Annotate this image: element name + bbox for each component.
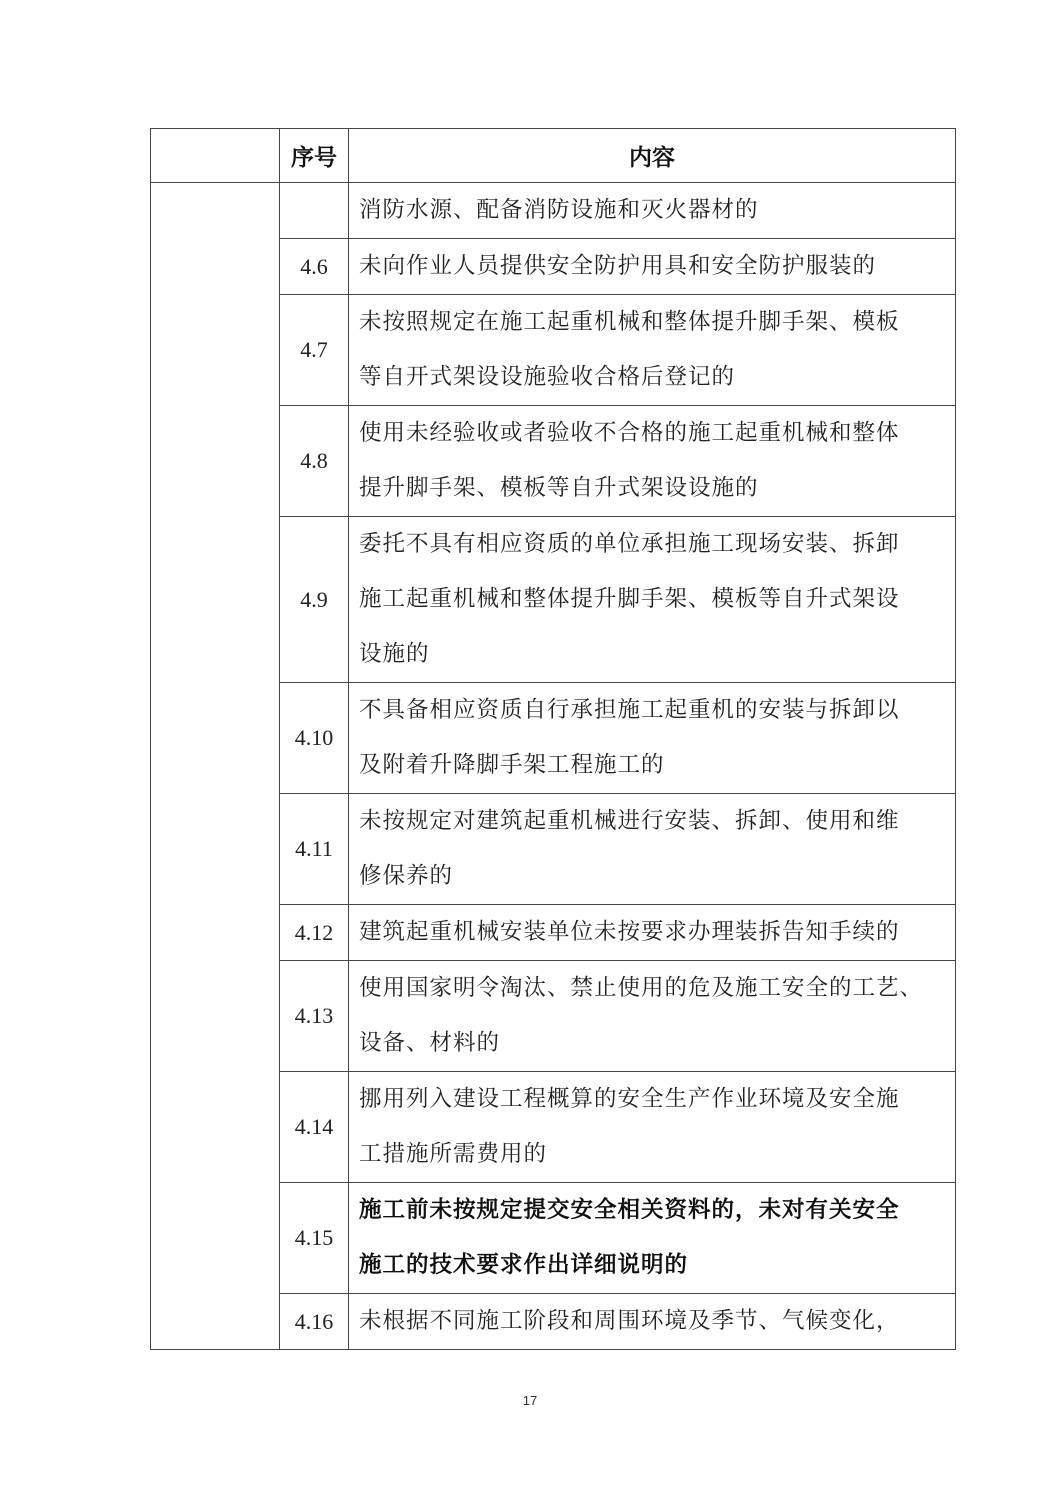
header-number: 序号 <box>280 129 349 183</box>
row-content: 未按照规定在施工起重机械和整体提升脚手架、模板 等自开式架设设施验收合格后登记的 <box>349 295 956 406</box>
row-number: 4.11 <box>280 794 349 905</box>
row-content-bold: 施工前未按规定提交安全相关资料的，未对有关安全 施工的技术要求作出详细说明的 <box>349 1183 956 1294</box>
violations-table: 序号 内容 消防水源、配备消防设施和灭火器材的 4.6 未向作业人员提供安全防护… <box>150 128 956 1350</box>
row-number: 4.6 <box>280 239 349 295</box>
row-content: 未向作业人员提供安全防护用具和安全防护服装的 <box>349 239 956 295</box>
table-header-row: 序号 内容 <box>151 129 956 183</box>
row-content: 消防水源、配备消防设施和灭火器材的 <box>349 183 956 239</box>
row-number: 4.10 <box>280 683 349 794</box>
row-content: 未根据不同施工阶段和周围环境及季节、气候变化， <box>349 1294 956 1350</box>
row-content: 建筑起重机械安装单位未按要求办理装拆告知手续的 <box>349 905 956 961</box>
row-number: 4.13 <box>280 961 349 1072</box>
category-cell <box>151 183 280 1350</box>
row-number: 4.15 <box>280 1183 349 1294</box>
row-number: 4.9 <box>280 517 349 683</box>
header-content: 内容 <box>349 129 956 183</box>
row-content: 不具备相应资质自行承担施工起重机的安装与拆卸以 及附着升降脚手架工程施工的 <box>349 683 956 794</box>
row-content: 委托不具有相应资质的单位承担施工现场安装、拆卸 施工起重机械和整体提升脚手架、模… <box>349 517 956 683</box>
row-content: 使用国家明令淘汰、禁止使用的危及施工安全的工艺、 设备、材料的 <box>349 961 956 1072</box>
row-content: 使用未经验收或者验收不合格的施工起重机械和整体 提升脚手架、模板等自升式架设设施… <box>349 406 956 517</box>
row-content: 未按规定对建筑起重机械进行安装、拆卸、使用和维 修保养的 <box>349 794 956 905</box>
header-category <box>151 129 280 183</box>
row-number: 4.14 <box>280 1072 349 1183</box>
row-content: 挪用列入建设工程概算的安全生产作业环境及安全施 工措施所需费用的 <box>349 1072 956 1183</box>
page-number: 17 <box>0 1393 1060 1408</box>
row-number: 4.16 <box>280 1294 349 1350</box>
row-number: 4.7 <box>280 295 349 406</box>
row-number <box>280 183 349 239</box>
row-number: 4.8 <box>280 406 349 517</box>
table-row: 消防水源、配备消防设施和灭火器材的 <box>151 183 956 239</box>
row-number: 4.12 <box>280 905 349 961</box>
